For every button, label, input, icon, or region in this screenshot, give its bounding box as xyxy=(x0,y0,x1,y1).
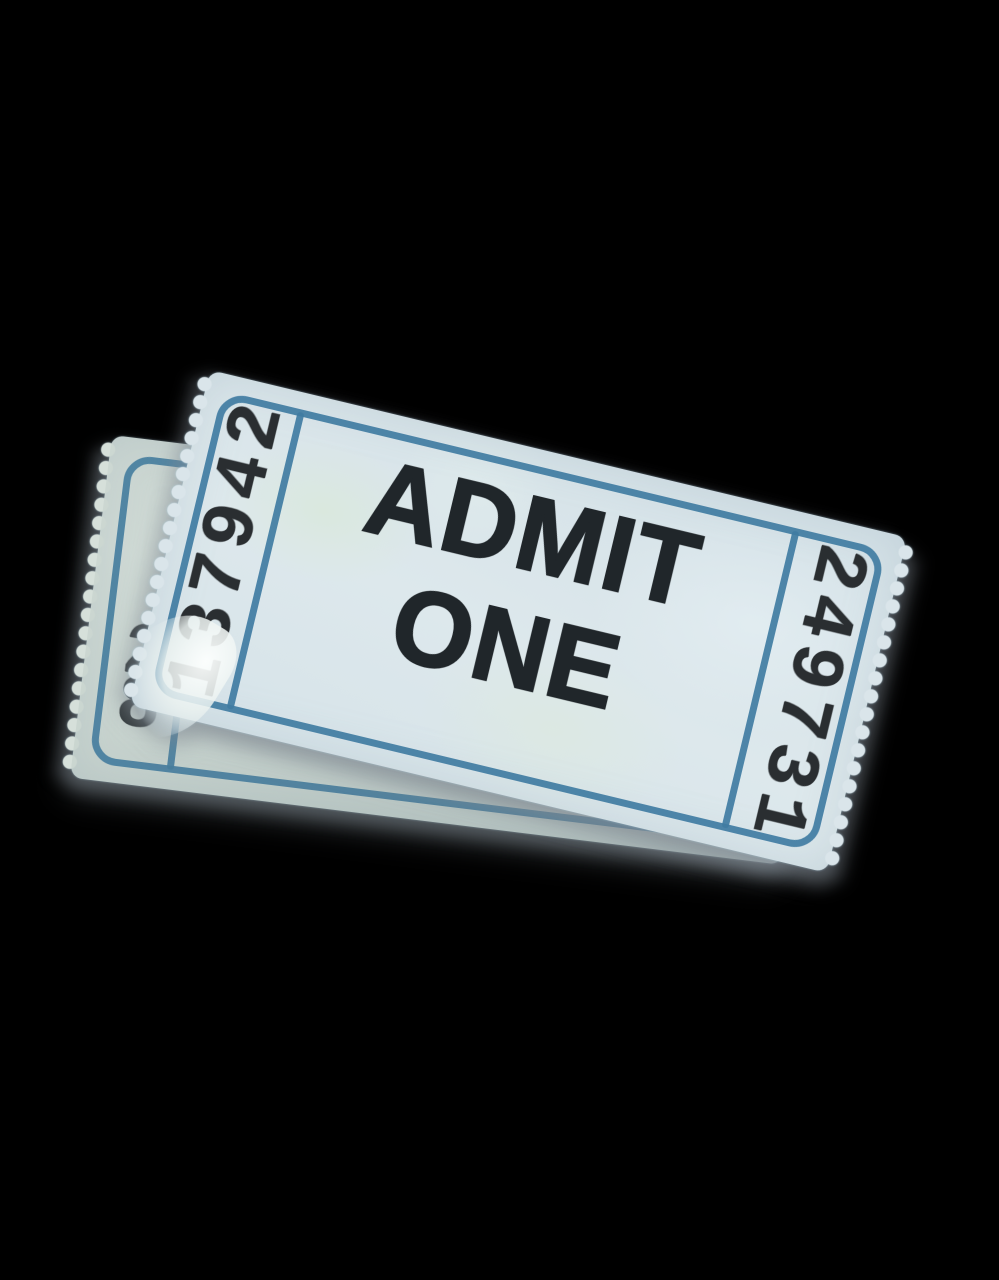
admit-one-tickets-photo: 28 249731 249731 ADMIT ONE xyxy=(0,0,999,1280)
serial-digit: 1 xyxy=(166,635,229,715)
serial-digit: 1 xyxy=(743,766,810,863)
